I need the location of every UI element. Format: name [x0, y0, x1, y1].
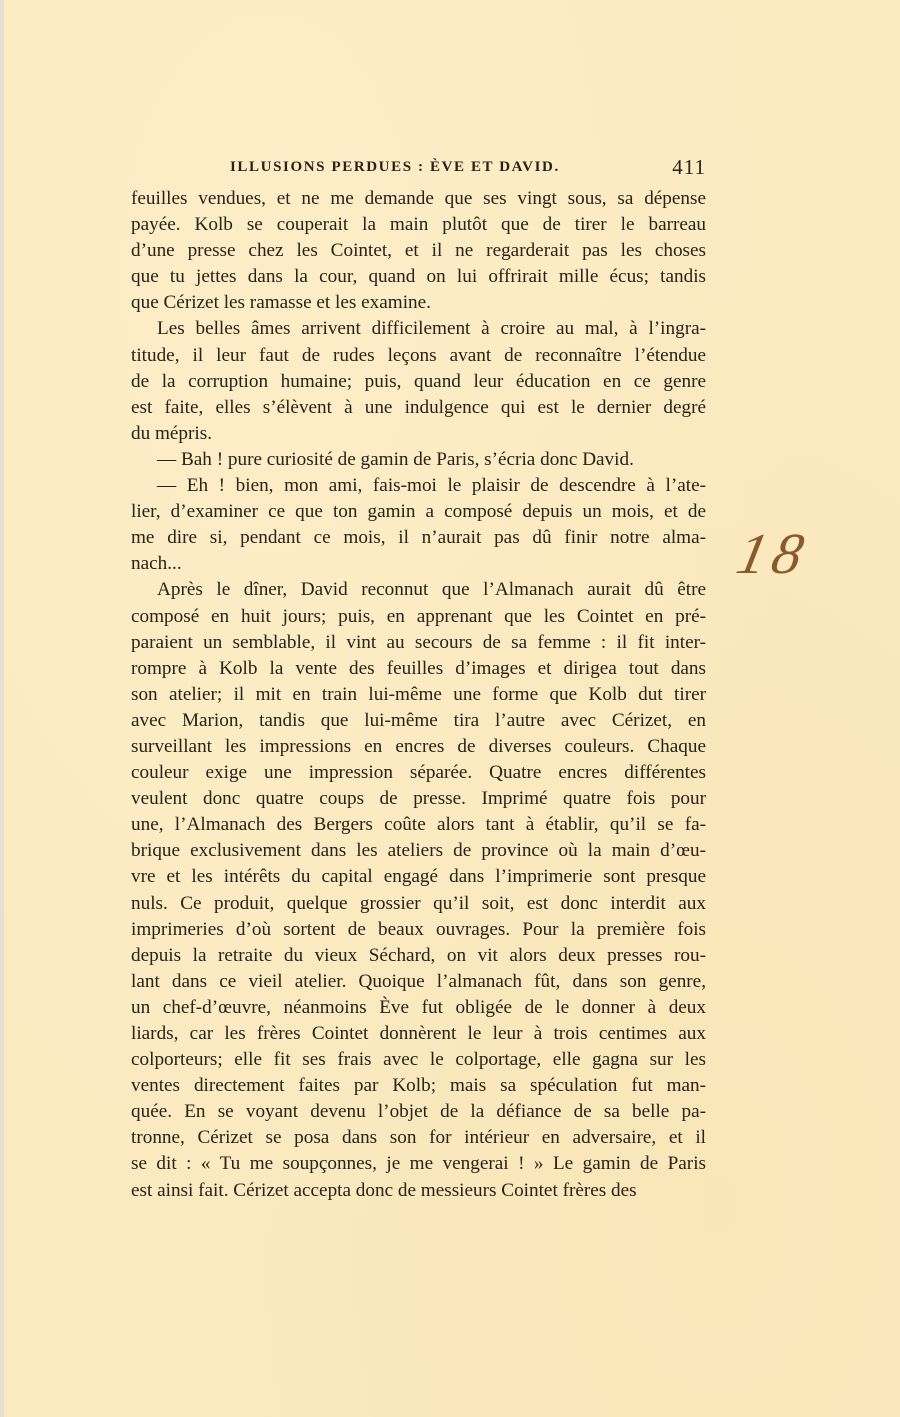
- text-line: son atelier; il mit en train lui-même un…: [131, 682, 706, 708]
- text-line: quée. En se voyant devenu l’objet de la …: [131, 1099, 706, 1125]
- text-line: de la corruption humaine; puis, quand le…: [131, 369, 706, 395]
- page-number: 411: [672, 155, 706, 180]
- text-line: liards, car les frères Cointet donnèrent…: [131, 1021, 706, 1047]
- text-line: lier, d’examiner ce que ton gamin a comp…: [131, 499, 706, 525]
- text-line: colporteurs; elle fit ses frais avec le …: [131, 1047, 706, 1073]
- text-line: ventes directement faites par Kolb; mais…: [131, 1073, 706, 1099]
- text-line: paraient un semblable, il vint au secour…: [131, 630, 706, 656]
- text-line: depuis la retraite du vieux Séchard, on …: [131, 943, 706, 969]
- text-line: lant dans ce vieil atelier. Quoique l’al…: [131, 969, 706, 995]
- body-text: feuilles vendues, et ne me demande que s…: [131, 186, 706, 1204]
- handwritten-margin-note: 18: [731, 520, 816, 590]
- text-line: surveillant les impressions en encres de…: [131, 734, 706, 760]
- text-line: rompre à Kolb la vente des feuilles d’im…: [131, 656, 706, 682]
- paragraph: — Bah ! pure curiosité de gamin de Paris…: [131, 447, 706, 473]
- text-line: — Eh ! bien, mon ami, fais-moi le plaisi…: [131, 473, 706, 499]
- text-line: avec Marion, tandis que lui-même tira l’…: [131, 708, 706, 734]
- text-line: vre et les intérêts du capital engagé da…: [131, 864, 706, 890]
- text-line: que tu jettes dans la cour, quand on lui…: [131, 264, 706, 290]
- text-line: titude, il leur faut de rudes leçons ava…: [131, 343, 706, 369]
- book-page: ILLUSIONS PERDUES : ÈVE ET DAVID. 411 fe…: [0, 0, 900, 1417]
- text-line: — Bah ! pure curiosité de gamin de Paris…: [131, 447, 706, 473]
- text-line: est faite, elles s’élèvent à une indulge…: [131, 395, 706, 421]
- text-line: nach...: [131, 551, 706, 577]
- paragraph: Après le dîner, David reconnut que l’Alm…: [131, 577, 706, 1203]
- running-title: ILLUSIONS PERDUES : ÈVE ET DAVID.: [230, 159, 560, 176]
- text-line: composé en huit jours; puis, en apprenan…: [131, 604, 706, 630]
- text-line: veulent donc quatre coups de presse. Imp…: [131, 786, 706, 812]
- paragraph: Les belles âmes arrivent difficilement à…: [131, 316, 706, 446]
- text-line: une, l’Almanach des Bergers coûte alors …: [131, 812, 706, 838]
- text-line: Les belles âmes arrivent difficilement à…: [131, 316, 706, 342]
- text-line: nuls. Ce produit, quelque grossier qu’il…: [131, 891, 706, 917]
- running-header: ILLUSIONS PERDUES : ÈVE ET DAVID. 411: [131, 155, 706, 183]
- text-line: que Cérizet les ramasse et les examine.: [131, 290, 706, 316]
- paragraph: feuilles vendues, et ne me demande que s…: [131, 186, 706, 316]
- text-line: brique exclusivement dans les ateliers d…: [131, 838, 706, 864]
- text-line: d’une presse chez les Cointet, et il ne …: [131, 238, 706, 264]
- text-line: imprimeries d’où sortent de beaux ouvrag…: [131, 917, 706, 943]
- text-line: payée. Kolb se couperait la main plutôt …: [131, 212, 706, 238]
- text-line: du mépris.: [131, 421, 706, 447]
- text-line: feuilles vendues, et ne me demande que s…: [131, 186, 706, 212]
- scan-edge: [0, 0, 4, 1417]
- text-line: un chef-d’œuvre, néanmoins Ève fut oblig…: [131, 995, 706, 1021]
- text-line: me dire si, pendant ce mois, il n’aurait…: [131, 525, 706, 551]
- text-line: tronne, Cérizet se posa dans son for int…: [131, 1125, 706, 1151]
- text-line: Après le dîner, David reconnut que l’Alm…: [131, 577, 706, 603]
- text-line: se dit : « Tu me soupçonnes, je me venge…: [131, 1151, 706, 1177]
- paragraph: — Eh ! bien, mon ami, fais-moi le plaisi…: [131, 473, 706, 577]
- text-line: couleur exige une impression séparée. Qu…: [131, 760, 706, 786]
- text-line: est ainsi fait. Cérizet accepta donc de …: [131, 1178, 706, 1204]
